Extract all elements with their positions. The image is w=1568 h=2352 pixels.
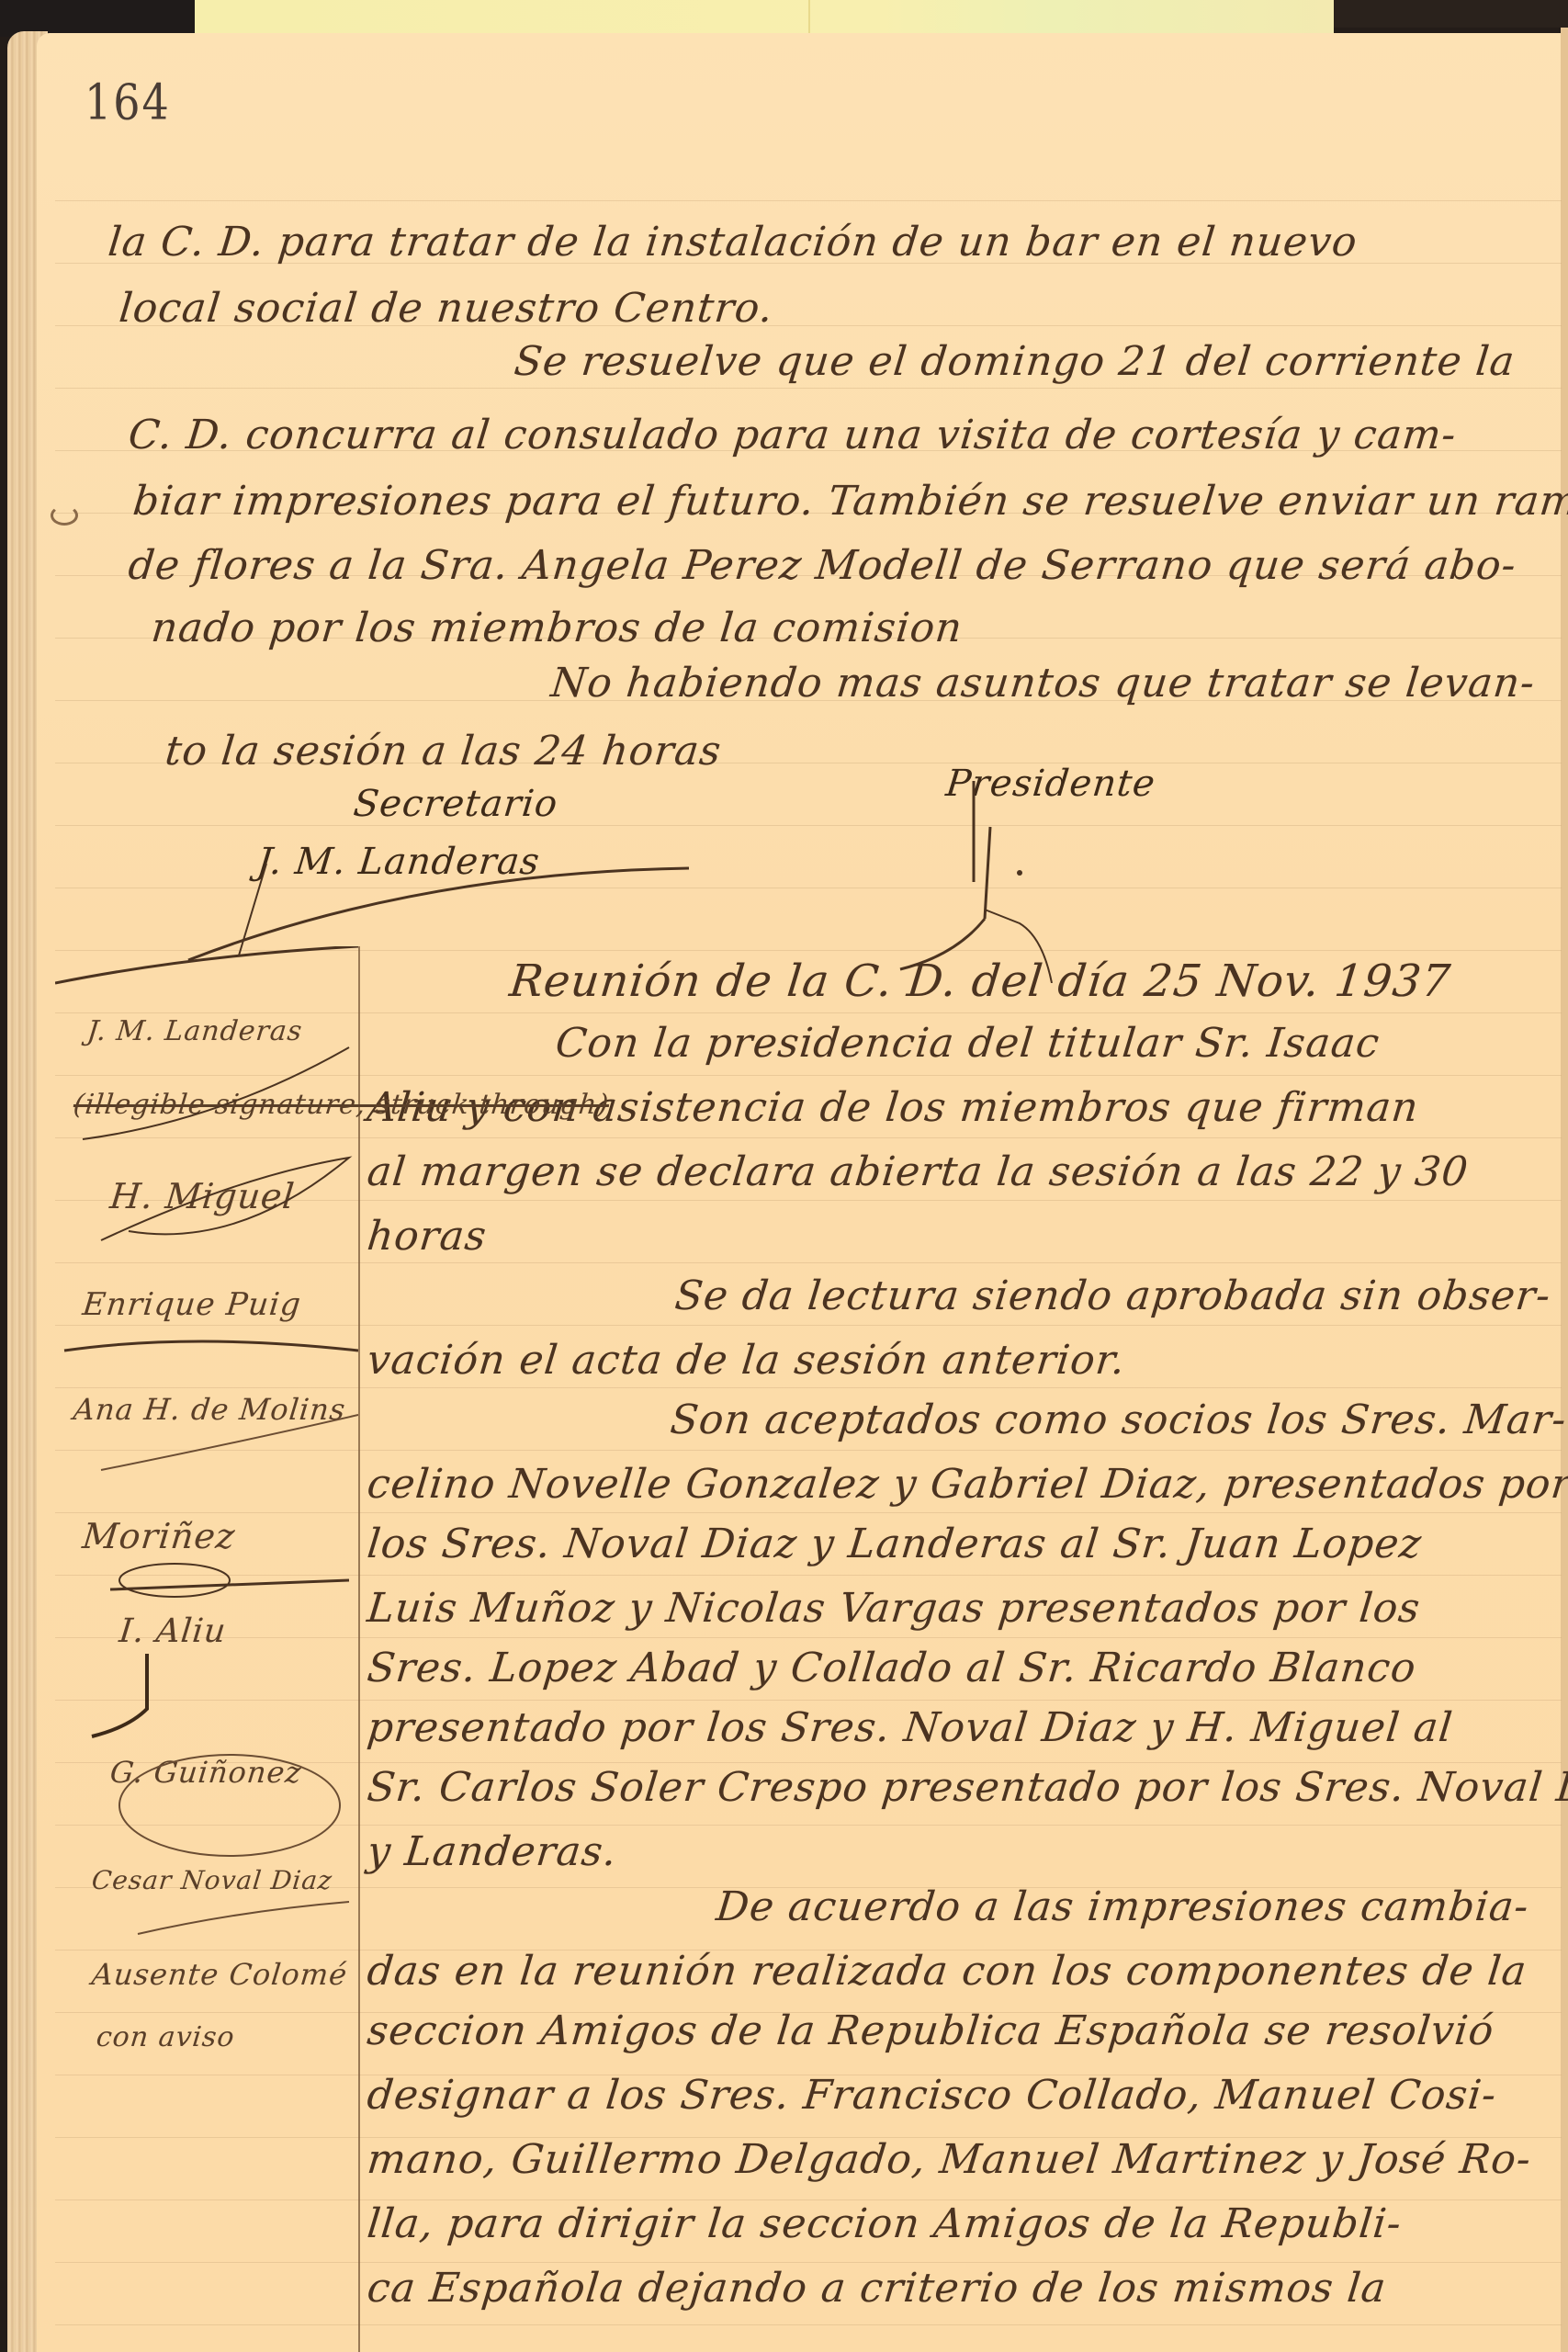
sticky-note-crease bbox=[808, 0, 810, 33]
meeting-line: Con la presidencia del titular Sr. Isaac bbox=[553, 1020, 1382, 1067]
minutes-line: biar impresiones para el futuro. También… bbox=[130, 478, 1568, 525]
meeting-line: vación el acta de la sesión anterior. bbox=[365, 1337, 1128, 1384]
meeting-line: De acuerdo a las impresiones cambia- bbox=[714, 1883, 1531, 1930]
ruled-line bbox=[55, 825, 1562, 826]
margin-column-line bbox=[358, 946, 360, 2352]
meeting-line: Luis Muñoz y Nicolas Vargas presentados … bbox=[365, 1585, 1422, 1632]
meeting-line: Sres. Lopez Abad y Collado al Sr. Ricard… bbox=[365, 1645, 1418, 1691]
page-right-edge bbox=[1561, 28, 1568, 2352]
meeting-line: ca Española dejando a criterio de los mi… bbox=[365, 2265, 1389, 2312]
meeting-line: das en la reunión realizada con los comp… bbox=[365, 1948, 1529, 1995]
page-number: 164 bbox=[85, 73, 171, 130]
president-signature-mark bbox=[882, 772, 1139, 983]
minutes-line: nado por los miembros de la comision bbox=[149, 605, 964, 651]
meeting-line: y Landeras. bbox=[365, 1828, 619, 1875]
meeting-line: presentado por los Sres. Noval Diaz y H.… bbox=[365, 1704, 1455, 1751]
minutes-line: local social de nuestro Centro. bbox=[117, 285, 775, 332]
ruled-line bbox=[55, 200, 1562, 201]
meeting-line: Son aceptados como socios los Sres. Mar- bbox=[668, 1396, 1568, 1443]
ruled-line bbox=[55, 2262, 1562, 2263]
minutes-line: No habiendo mas asuntos que tratar se le… bbox=[548, 660, 1537, 707]
minutes-line: la C. D. para tratar de la instalación d… bbox=[106, 219, 1359, 266]
sticky-note bbox=[195, 0, 1334, 33]
meeting-line: Se da lectura siendo aprobada sin obser- bbox=[672, 1272, 1552, 1319]
book-cover-right bbox=[1332, 0, 1568, 28]
margin-note: con aviso bbox=[95, 2021, 236, 2053]
ruled-line bbox=[55, 2324, 1562, 2325]
meeting-heading: Reunión de la C. D. del día 25 Nov. 1937 bbox=[507, 955, 1453, 1007]
secretary-label: Secretario bbox=[352, 783, 560, 825]
meeting-line: celino Novelle Gonzalez y Gabriel Diaz, … bbox=[365, 1461, 1568, 1508]
meeting-line: los Sres. Noval Diaz y Landeras al Sr. J… bbox=[365, 1521, 1424, 1567]
meeting-line: seccion Amigos de la Republica Española … bbox=[365, 2007, 1496, 2054]
minutes-line: de flores a la Sra. Angela Perez Modell … bbox=[126, 542, 1518, 589]
minutes-line: to la sesión a las 24 horas bbox=[163, 728, 724, 775]
meeting-line: al margen se declara abierta la sesión a… bbox=[365, 1148, 1471, 1195]
margin-signature-flourishes bbox=[55, 946, 358, 2003]
ruled-line bbox=[55, 388, 1562, 389]
minutes-line: C. D. concurra al consulado para una vis… bbox=[126, 412, 1459, 458]
minutes-line: Se resuelve que el domingo 21 del corrie… bbox=[512, 338, 1517, 385]
meeting-line: designar a los Sres. Francisco Collado, … bbox=[365, 2072, 1499, 2119]
margin-check-mark-icon bbox=[51, 505, 78, 526]
meeting-line: horas bbox=[365, 1213, 489, 1260]
meeting-line: lla, para dirigir la seccion Amigos de l… bbox=[365, 2200, 1404, 2247]
meeting-line: mano, Guillermo Delgado, Manuel Martinez… bbox=[365, 2136, 1533, 2183]
meeting-line: Sr. Carlos Soler Crespo presentado por l… bbox=[365, 1764, 1568, 1811]
